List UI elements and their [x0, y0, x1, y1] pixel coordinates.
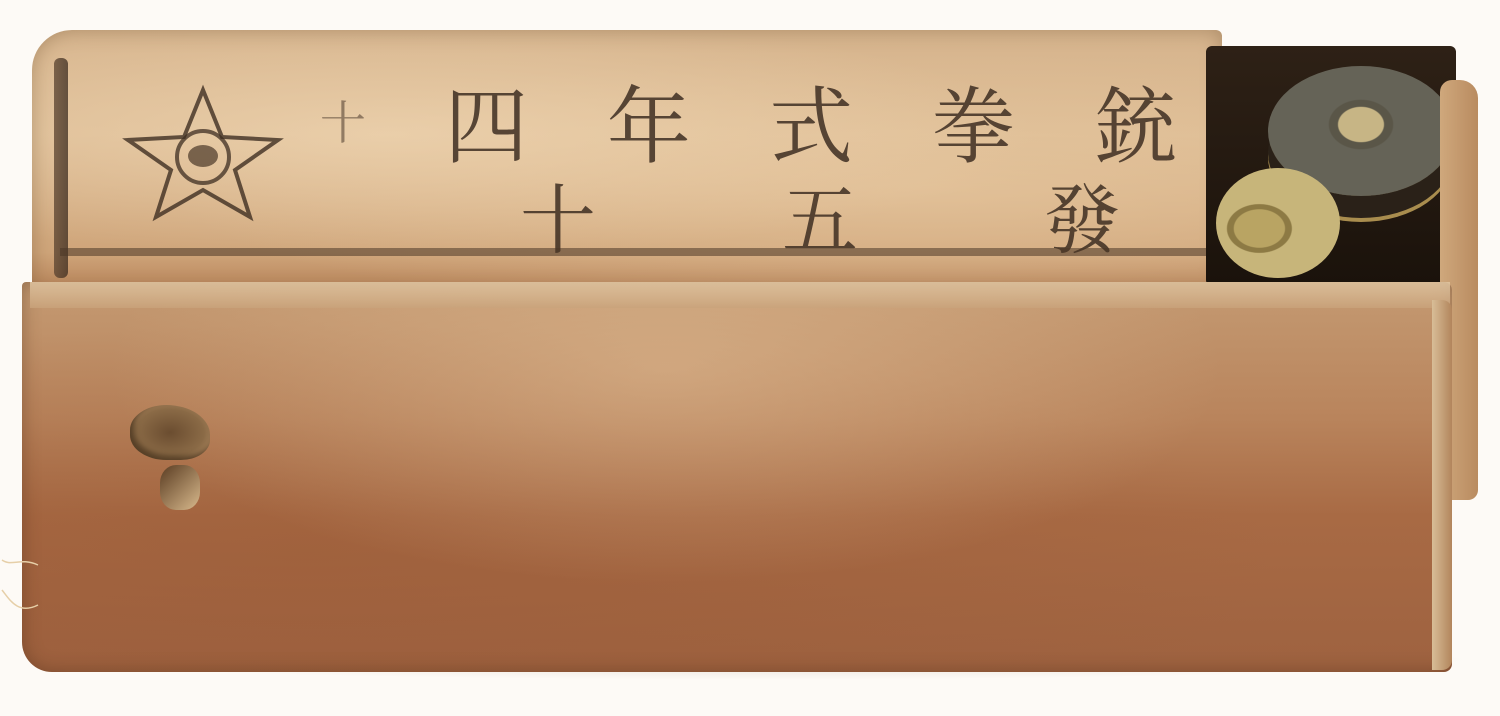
lid-left-border: [54, 58, 68, 278]
label-char: 十: [320, 87, 388, 153]
torn-hole: [130, 405, 215, 510]
label-underline-rule: [60, 248, 1210, 256]
label-char: 發: [1044, 160, 1120, 250]
loose-fiber-thread: [0, 555, 40, 625]
label-char: 五: [782, 160, 858, 250]
label-char: 十: [520, 160, 596, 250]
label-count-line: 十 五 發: [520, 160, 1120, 250]
star-with-circle-emblem-icon: [118, 82, 288, 222]
box-front-face: [22, 282, 1452, 672]
torn-hole-lower: [160, 465, 200, 510]
label-title-line: 十 四 年 式 拳 銃: [320, 70, 1200, 170]
box-front-right-edge: [1432, 300, 1452, 670]
cartridge-brass-base: [1216, 168, 1340, 278]
torn-hole-upper: [130, 405, 210, 460]
box-front-top-edge: [30, 282, 1450, 308]
photo-scene: 十 四 年 式 拳 銃 十 五 發: [0, 0, 1500, 716]
